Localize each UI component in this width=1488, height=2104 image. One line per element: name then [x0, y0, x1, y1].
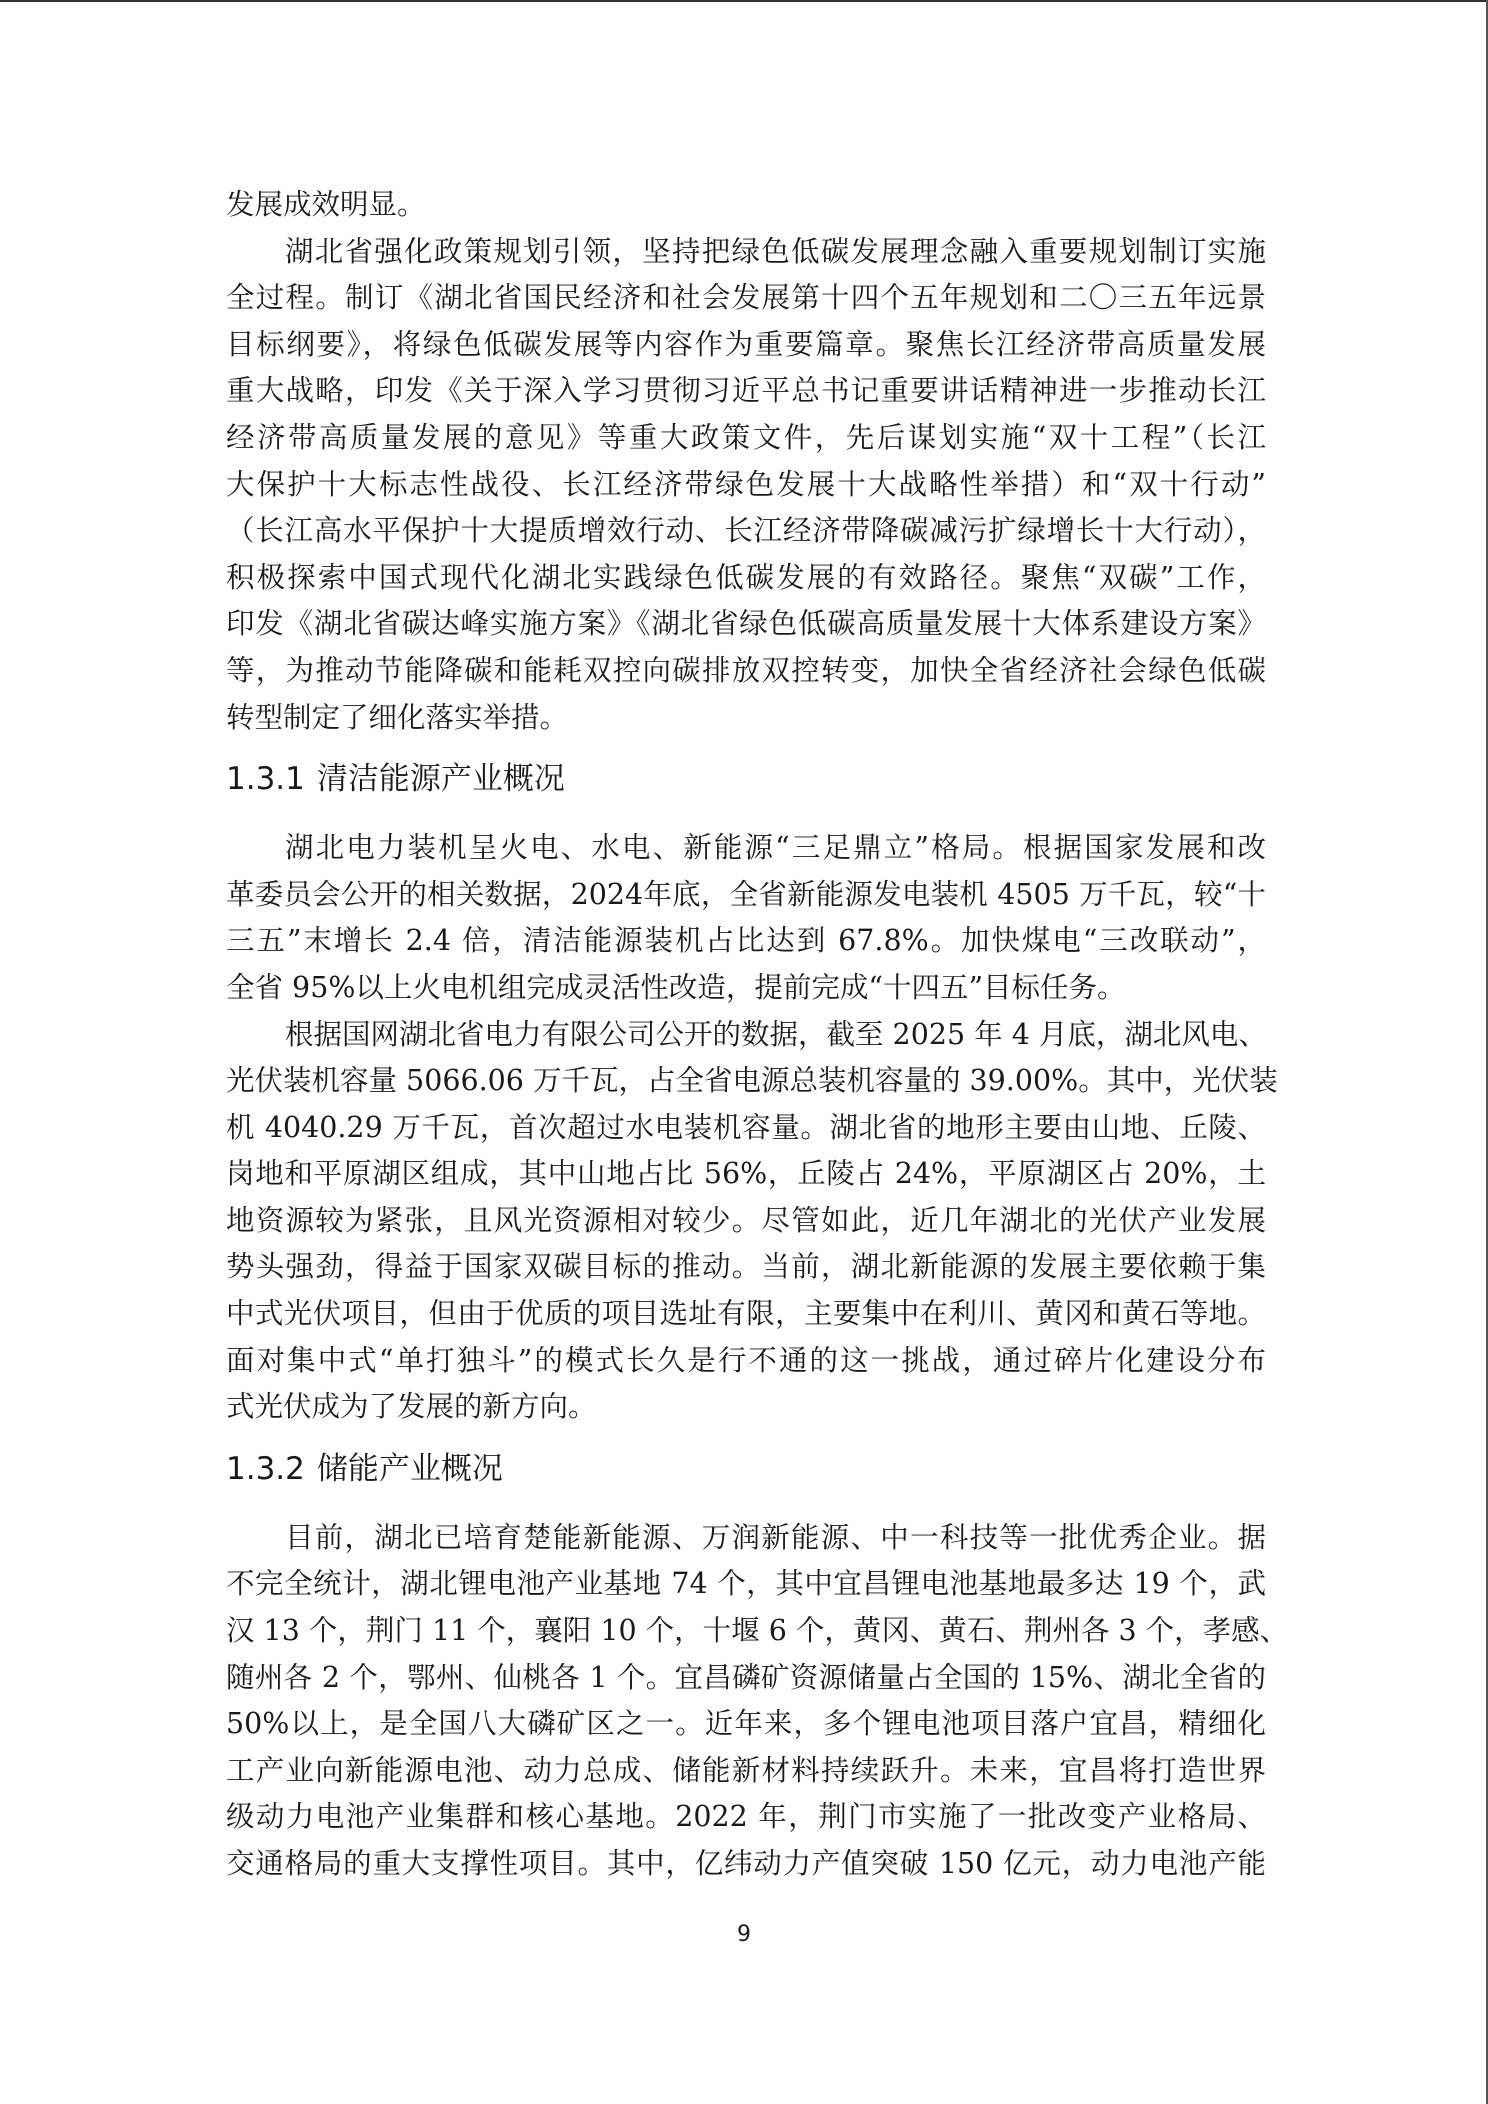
text-line: 级动力电池产业集群和核心基地。2022 年，荆门市实施了一批改变产业格局、	[226, 1794, 1266, 1841]
text-line: 目标纲要》，将绿色低碳发展等内容作为重要篇章。聚焦长江经济带高质量发展	[226, 322, 1266, 369]
text-line: 重大战略，印发《关于深入学习贯彻习近平总书记重要讲话精神进一步推动长江	[226, 368, 1266, 415]
text-line: 湖北电力装机呈火电、水电、新能源“三足鼎立”格局。根据国家发展和改	[226, 825, 1266, 872]
document-page-body: 发展成效明显。 湖北省强化政策规划引领，坚持把绿色低碳发展理念融入重要规划制订实…	[226, 182, 1266, 1888]
text-line: 50%以上，是全国八大磷矿区之一。近年来，多个锂电池项目落户宜昌，精细化	[226, 1701, 1266, 1748]
text-line: 机 4040.29 万千瓦，首次超过水电装机容量。湖北省的地形主要由山地、丘陵、	[226, 1105, 1266, 1152]
text-line: 全过程。制订《湖北省国民经济和社会发展第十四个五年规划和二〇三五年远景	[226, 275, 1266, 322]
text-line: 面对集中式“单打独斗”的模式长久是行不通的这一挑战，通过碎片化建设分布	[226, 1338, 1266, 1385]
text-line: 交通格局的重大支撑性项目。其中，亿纬动力产值突破 150 亿元，动力电池产能	[226, 1841, 1266, 1888]
section-title: 储能产业概况	[317, 1451, 503, 1487]
paragraph-energy-storage: 目前，湖北已培育楚能新能源、万润新能源、中一科技等一批优秀企业。据 不完全统计，…	[226, 1515, 1266, 1888]
text-line: 岗地和平原湖区组成，其中山地占比 56%，丘陵占 24%，平原湖区占 20%，土	[226, 1151, 1266, 1198]
text-line: 转型制定了细化落实举措。	[226, 695, 1266, 742]
page-top-border	[0, 0, 1488, 2]
paragraph-policy-planning: 湖北省强化政策规划引领，坚持把绿色低碳发展理念融入重要规划制订实施 全过程。制订…	[226, 229, 1266, 742]
text-line: 等，为推动节能降碳和能耗双控向碳排放双控转变，加快全省经济社会绿色低碳	[226, 648, 1266, 695]
text-line: 革委员会公开的相关数据，2024年底，全省新能源发电装机 4505 万千瓦，较“…	[226, 872, 1266, 919]
section-heading-1-3-1: 1.3.1清洁能源产业概况	[226, 741, 1266, 825]
section-heading-1-3-2: 1.3.2储能产业概况	[226, 1431, 1266, 1515]
text-line: 汉 13 个，荆门 11 个，襄阳 10 个，十堰 6 个，黄冈、黄石、荆州各 …	[226, 1608, 1266, 1655]
section-number: 1.3.2	[226, 1451, 305, 1487]
text-line: 印发《湖北省碳达峰实施方案》《湖北省绿色低碳高质量发展十大体系建设方案》	[226, 601, 1266, 648]
text-line: 积极探索中国式现代化湖北实践绿色低碳发展的有效路径。聚焦“双碳”工作，	[226, 555, 1266, 602]
section-number: 1.3.1	[226, 761, 305, 797]
text-line: 地资源较为紧张，且风光资源相对较少。尽管如此，近几年湖北的光伏产业发展	[226, 1198, 1266, 1245]
text-line: 目前，湖北已培育楚能新能源、万润新能源、中一科技等一批优秀企业。据	[226, 1515, 1266, 1562]
text-line: 中式光伏项目，但由于优质的项目选址有限，主要集中在利川、黄冈和黄石等地。	[226, 1291, 1266, 1338]
text-line: 全省 95%以上火电机组完成灵活性改造，提前完成“十四五”目标任务。	[226, 965, 1266, 1012]
text-line: 势头强劲，得益于国家双碳目标的推动。当前，湖北新能源的发展主要依赖于集	[226, 1244, 1266, 1291]
section-title: 清洁能源产业概况	[317, 761, 565, 797]
paragraph-wind-solar-capacity: 根据国网湖北省电力有限公司公开的数据，截至 2025 年 4 月底，湖北风电、 …	[226, 1012, 1266, 1431]
text-line: 根据国网湖北省电力有限公司公开的数据，截至 2025 年 4 月底，湖北风电、	[226, 1012, 1266, 1059]
text-line: 式光伏成为了发展的新方向。	[226, 1384, 1266, 1431]
text-line: 不完全统计，湖北锂电池产业基地 74 个，其中宜昌锂电池基地最多达 19 个，武	[226, 1561, 1266, 1608]
page-number: 9	[0, 1922, 1488, 1947]
paragraph-power-installation: 湖北电力装机呈火电、水电、新能源“三足鼎立”格局。根据国家发展和改 革委员会公开…	[226, 825, 1266, 1011]
text-line: 湖北省强化政策规划引领，坚持把绿色低碳发展理念融入重要规划制订实施	[226, 229, 1266, 276]
text-line: 经济带高质量发展的意见》等重大政策文件，先后谋划实施“双十工程”（长江	[226, 415, 1266, 462]
text-line: 大保护十大标志性战役、长江经济带绿色发展十大战略性举措）和“双十行动”	[226, 462, 1266, 509]
text-line: （长江高水平保护十大提质增效行动、长江经济带降碳减污扩绿增长十大行动），	[226, 508, 1266, 555]
text-line: 工产业向新能源电池、动力总成、储能新材料持续跃升。未来，宜昌将打造世界	[226, 1748, 1266, 1795]
paragraph-continuation: 发展成效明显。	[226, 182, 1266, 229]
text-line: 光伏装机容量 5066.06 万千瓦，占全省电源总装机容量的 39.00%。其中…	[226, 1058, 1266, 1105]
text-line: 三五”末增长 2.4 倍，清洁能源装机占比达到 67.8%。加快煤电“三改联动”…	[226, 918, 1266, 965]
text-line: 随州各 2 个，鄂州、仙桃各 1 个。宜昌磷矿资源储量占全国的 15%、湖北全省…	[226, 1655, 1266, 1702]
text-line: 发展成效明显。	[226, 182, 1266, 229]
